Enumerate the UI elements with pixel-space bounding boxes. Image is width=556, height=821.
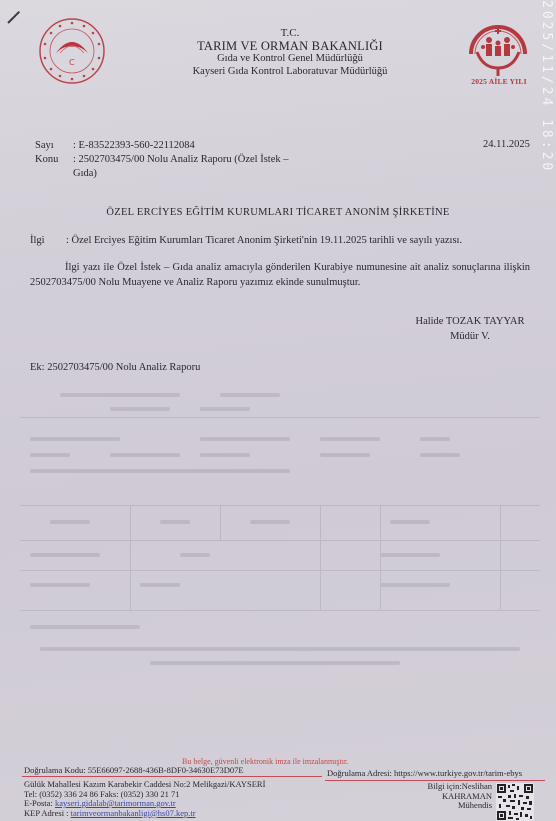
konu-value: : 2502703475/00 Nolu Analiz Raporu (Özel… [73,153,313,181]
kep-link[interactable]: tarimveormanbakanligi@hs07.kep.tr [71,808,196,818]
svg-text:C: C [69,58,75,67]
info-line-3: Mühendis [360,801,492,811]
signature-block: Halide TOZAK TAYYAR Müdür V. [390,314,550,344]
contact-person: Bilgi için:Neslihan KAHRAMAN Mühendis [360,782,492,811]
reference: İlgi : Özel Erciyes Eğitim Kurumları Tic… [30,235,462,246]
ministry-name: TARIM VE ORMAN BAKANLIĞI [150,39,430,53]
pen-mark [7,11,20,24]
signer-name: Halide TOZAK TAYYAR [390,314,550,329]
document-meta: Sayı : E-83522393-560-22112084 Konu : 25… [35,139,313,181]
family-year-logo-icon [463,14,533,86]
email-link[interactable]: kayseri.gidalab@tarimorman.gov.tr [55,798,176,808]
attachment: Ek: 2502703475/00 Nolu Analiz Raporu [30,362,200,373]
email-label: E-Posta: [24,798,55,808]
letter-body: İlgi yazı ile Özel İstek – Gıda analiz a… [30,260,530,290]
general-directorate: Gıda ve Kontrol Genel Müdürlüğü [150,53,430,66]
ilgi-value: : Özel Erciyes Eğitim Kurumları Ticaret … [66,235,462,246]
recipient: ÖZEL ERCİYES EĞİTİM KURUMLARI TİCARET AN… [0,207,556,218]
sayi-label: Sayı [35,139,73,153]
divider [22,776,322,777]
qr-code-icon [496,783,534,821]
letter-page: C T.C. TARIM VE ORMAN BAKANLIĞI Gıda ve … [0,0,556,821]
sayi-value: : E-83522393-560-22112084 [73,139,313,153]
bleed-through [20,385,540,685]
ministry-seal-icon: C [38,17,106,85]
document-date: 24.11.2025 [483,139,530,150]
kep-label: KEP Adresi : [24,808,71,818]
photo-timestamp-watermark: 2025/11/24 18:20 [539,0,554,173]
verification-address: Doğrulama Adresi: https://www.turkiye.go… [327,768,522,778]
family-year-label: 2025 AİLE YILI [467,77,531,86]
ilgi-label: İlgi [30,235,66,246]
konu-label: Konu [35,153,73,181]
lab-name: Kayseri Gıda Kontrol Laboratuvar Müdürlü… [150,66,430,79]
letterhead: T.C. TARIM VE ORMAN BAKANLIĞI Gıda ve Ko… [150,27,430,78]
verification-code: Doğrulama Kodu: 55E66097-2688-436B-8DF0-… [24,765,244,775]
document-footer: Bu belge, güvenli elektronik imza ile im… [0,750,556,821]
header-tc: T.C. [150,27,430,39]
contact-block: Gülük Mahallesi Kazım Karabekir Caddesi … [24,780,265,818]
signer-title: Müdür V. [390,329,550,344]
